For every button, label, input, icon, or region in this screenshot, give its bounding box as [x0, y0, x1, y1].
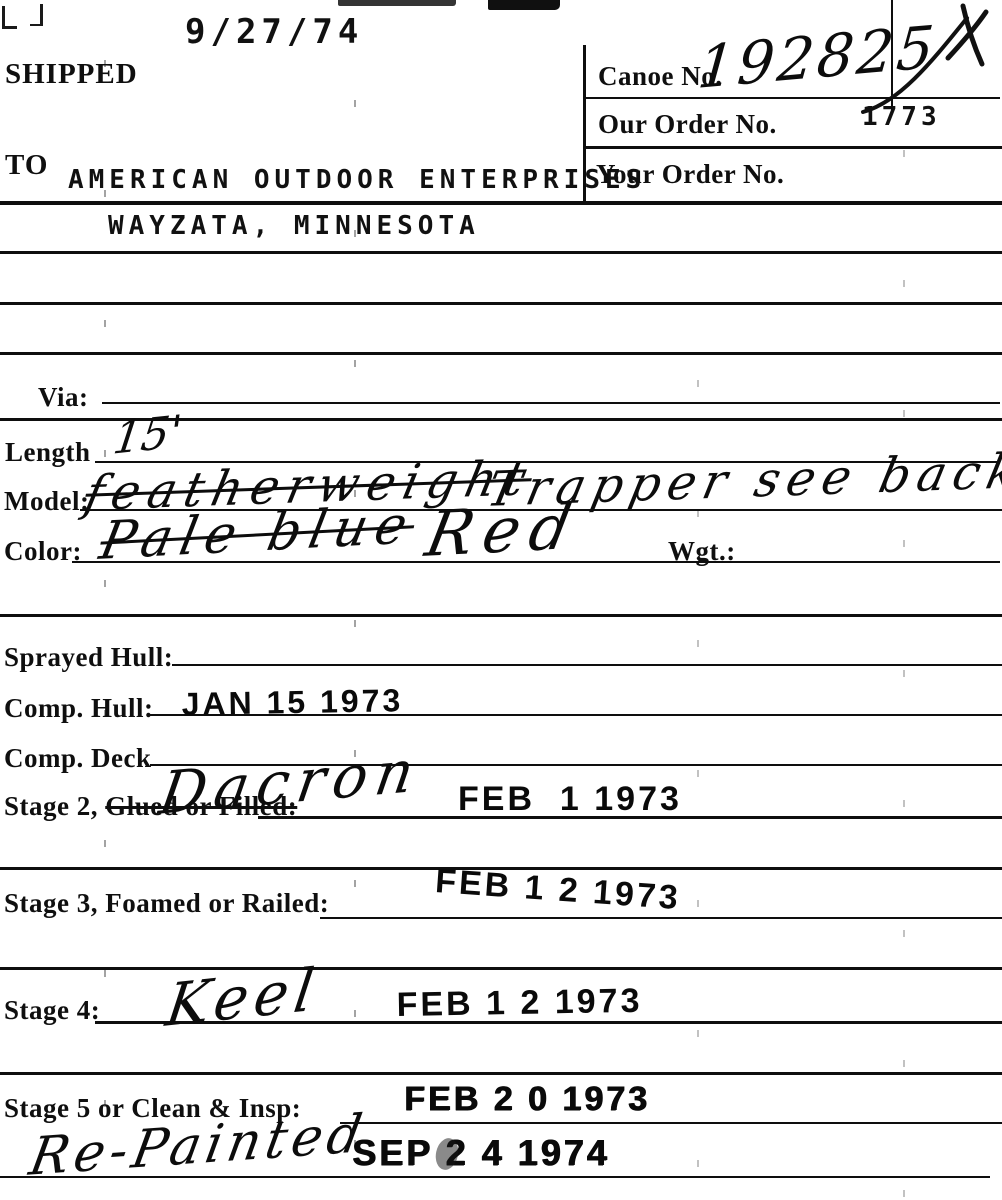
pen-flourish: [845, 0, 1002, 160]
scan-artifact: [30, 4, 43, 26]
rule-line: [0, 201, 1002, 205]
rule-line: [172, 664, 1002, 666]
stage4-date-stamp: FEB 1 2 1973: [396, 982, 642, 1025]
rule-line: [0, 1072, 1002, 1075]
rule-line: [320, 917, 1002, 919]
stage3-date-stamp: FEB 1 2 1973: [434, 862, 682, 918]
comp-hull-label: Comp. Hull:: [4, 694, 154, 722]
comp-hull-date-stamp: JAN 15 1973: [181, 682, 403, 723]
rule-line: [0, 251, 1002, 254]
color-value: Red: [420, 489, 587, 571]
repaint-date-stamp: SEP 2 4 1974: [352, 1132, 610, 1174]
via-label: Via:: [38, 383, 89, 411]
stage4-label: Stage 4:: [4, 996, 100, 1024]
rule-line: [0, 352, 1002, 355]
scan-artifact: [2, 6, 17, 29]
consignee-name: AMERICAN OUTDOOR ENTERPRISES: [68, 165, 646, 195]
column-divider-line: [583, 45, 586, 205]
our-order-no-label: Our Order No.: [598, 110, 777, 138]
consignee-city: WAYZATA, MINNESOTA: [108, 211, 480, 241]
fold-crease-line: [354, 100, 356, 1200]
rule-line: [102, 402, 1000, 404]
stage5-date-stamp: FEB 2 0 1973: [404, 1080, 650, 1119]
rule-line: [0, 302, 1002, 305]
wgt-label: Wgt.:: [668, 537, 736, 565]
rule-line: [585, 97, 1000, 99]
shipping-record-card: 9/27/74 SHIPPED TO AMERICAN OUTDOOR ENTE…: [0, 0, 1002, 1200]
stage3-label: Stage 3, Foamed or Railed:: [4, 889, 329, 917]
rule-line: [340, 1122, 1002, 1124]
stage2-date-stamp: FEB 1 1973: [458, 780, 682, 819]
rule-line: [585, 146, 1002, 149]
fold-crease-line: [104, 60, 106, 1200]
fold-crease-line: [903, 150, 905, 1200]
color-label: Color:: [4, 537, 82, 565]
length-value: 15': [110, 406, 185, 465]
your-order-no-label: Your Order No.: [596, 160, 784, 188]
rule-line: [0, 967, 1002, 970]
model-label: Model:: [4, 487, 89, 515]
rule-line: [0, 614, 1002, 617]
length-label: Length: [5, 438, 91, 466]
stage2-label-prefix: Stage 2,: [4, 791, 98, 821]
scan-artifact: [338, 0, 456, 6]
to-label: TO: [5, 150, 48, 180]
comp-deck-label: Comp. Deck: [4, 744, 152, 772]
written-date: 9/27/74: [185, 12, 363, 52]
sprayed-hull-label: Sprayed Hull:: [4, 643, 173, 671]
scan-artifact: [488, 0, 560, 10]
stage2-note: Dacron: [155, 736, 427, 828]
shipped-label: SHIPPED: [5, 59, 138, 89]
